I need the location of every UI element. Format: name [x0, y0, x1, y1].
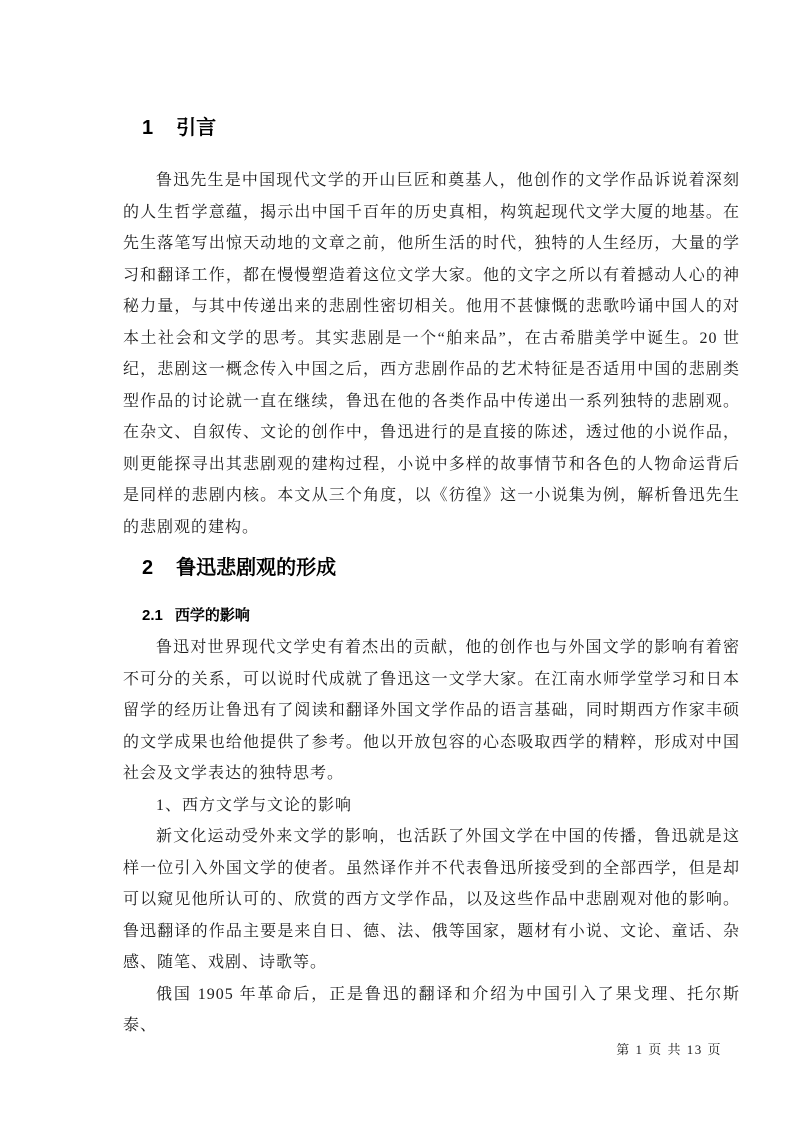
section-2-title: 鲁迅悲剧观的形成 — [176, 557, 336, 579]
subsection-2-1-number: 2.1 — [142, 607, 163, 624]
intro-paragraph-block: 鲁迅先生是中国现代文学的开山巨匠和奠基人，他创作的文学作品诉说着深刻的人生哲学意… — [123, 165, 740, 543]
section-1-heading: 1引言 — [142, 116, 216, 141]
subsection-2-1-heading: 2.1西学的影响 — [142, 607, 250, 626]
paragraph-russia-1905: 俄国 1905 年革命后，正是鲁迅的翻译和介绍为中国引入了果戈理、托尔斯泰、 — [123, 979, 740, 1042]
list-item-title: 1、西方文学与文论的影响 — [123, 790, 740, 822]
document-page: { "document": { "heading1": { "number": … — [0, 0, 793, 1122]
intro-paragraph: 鲁迅先生是中国现代文学的开山巨匠和奠基人，他创作的文学作品诉说着深刻的人生哲学意… — [123, 165, 740, 543]
paragraph-western-influence: 鲁迅对世界现代文学史有着杰出的贡献，他的创作也与外国文学的影响有着密不可分的关系… — [123, 632, 740, 790]
section-1-number: 1 — [142, 117, 153, 139]
subsection-2-1-title: 西学的影响 — [175, 607, 250, 624]
section-1-title: 引言 — [176, 117, 216, 139]
section-2-1-body: 鲁迅对世界现代文学史有着杰出的贡献，他的创作也与外国文学的影响有着密不可分的关系… — [123, 632, 740, 1042]
section-2-heading: 2鲁迅悲剧观的形成 — [142, 556, 336, 581]
section-2-number: 2 — [142, 557, 153, 579]
paragraph-new-culture: 新文化运动受外来文学的影响，也活跃了外国文学在中国的传播，鲁迅就是这样一位引入外… — [123, 821, 740, 979]
page-number-footer: 第 1 页 共 13 页 — [616, 1039, 722, 1058]
